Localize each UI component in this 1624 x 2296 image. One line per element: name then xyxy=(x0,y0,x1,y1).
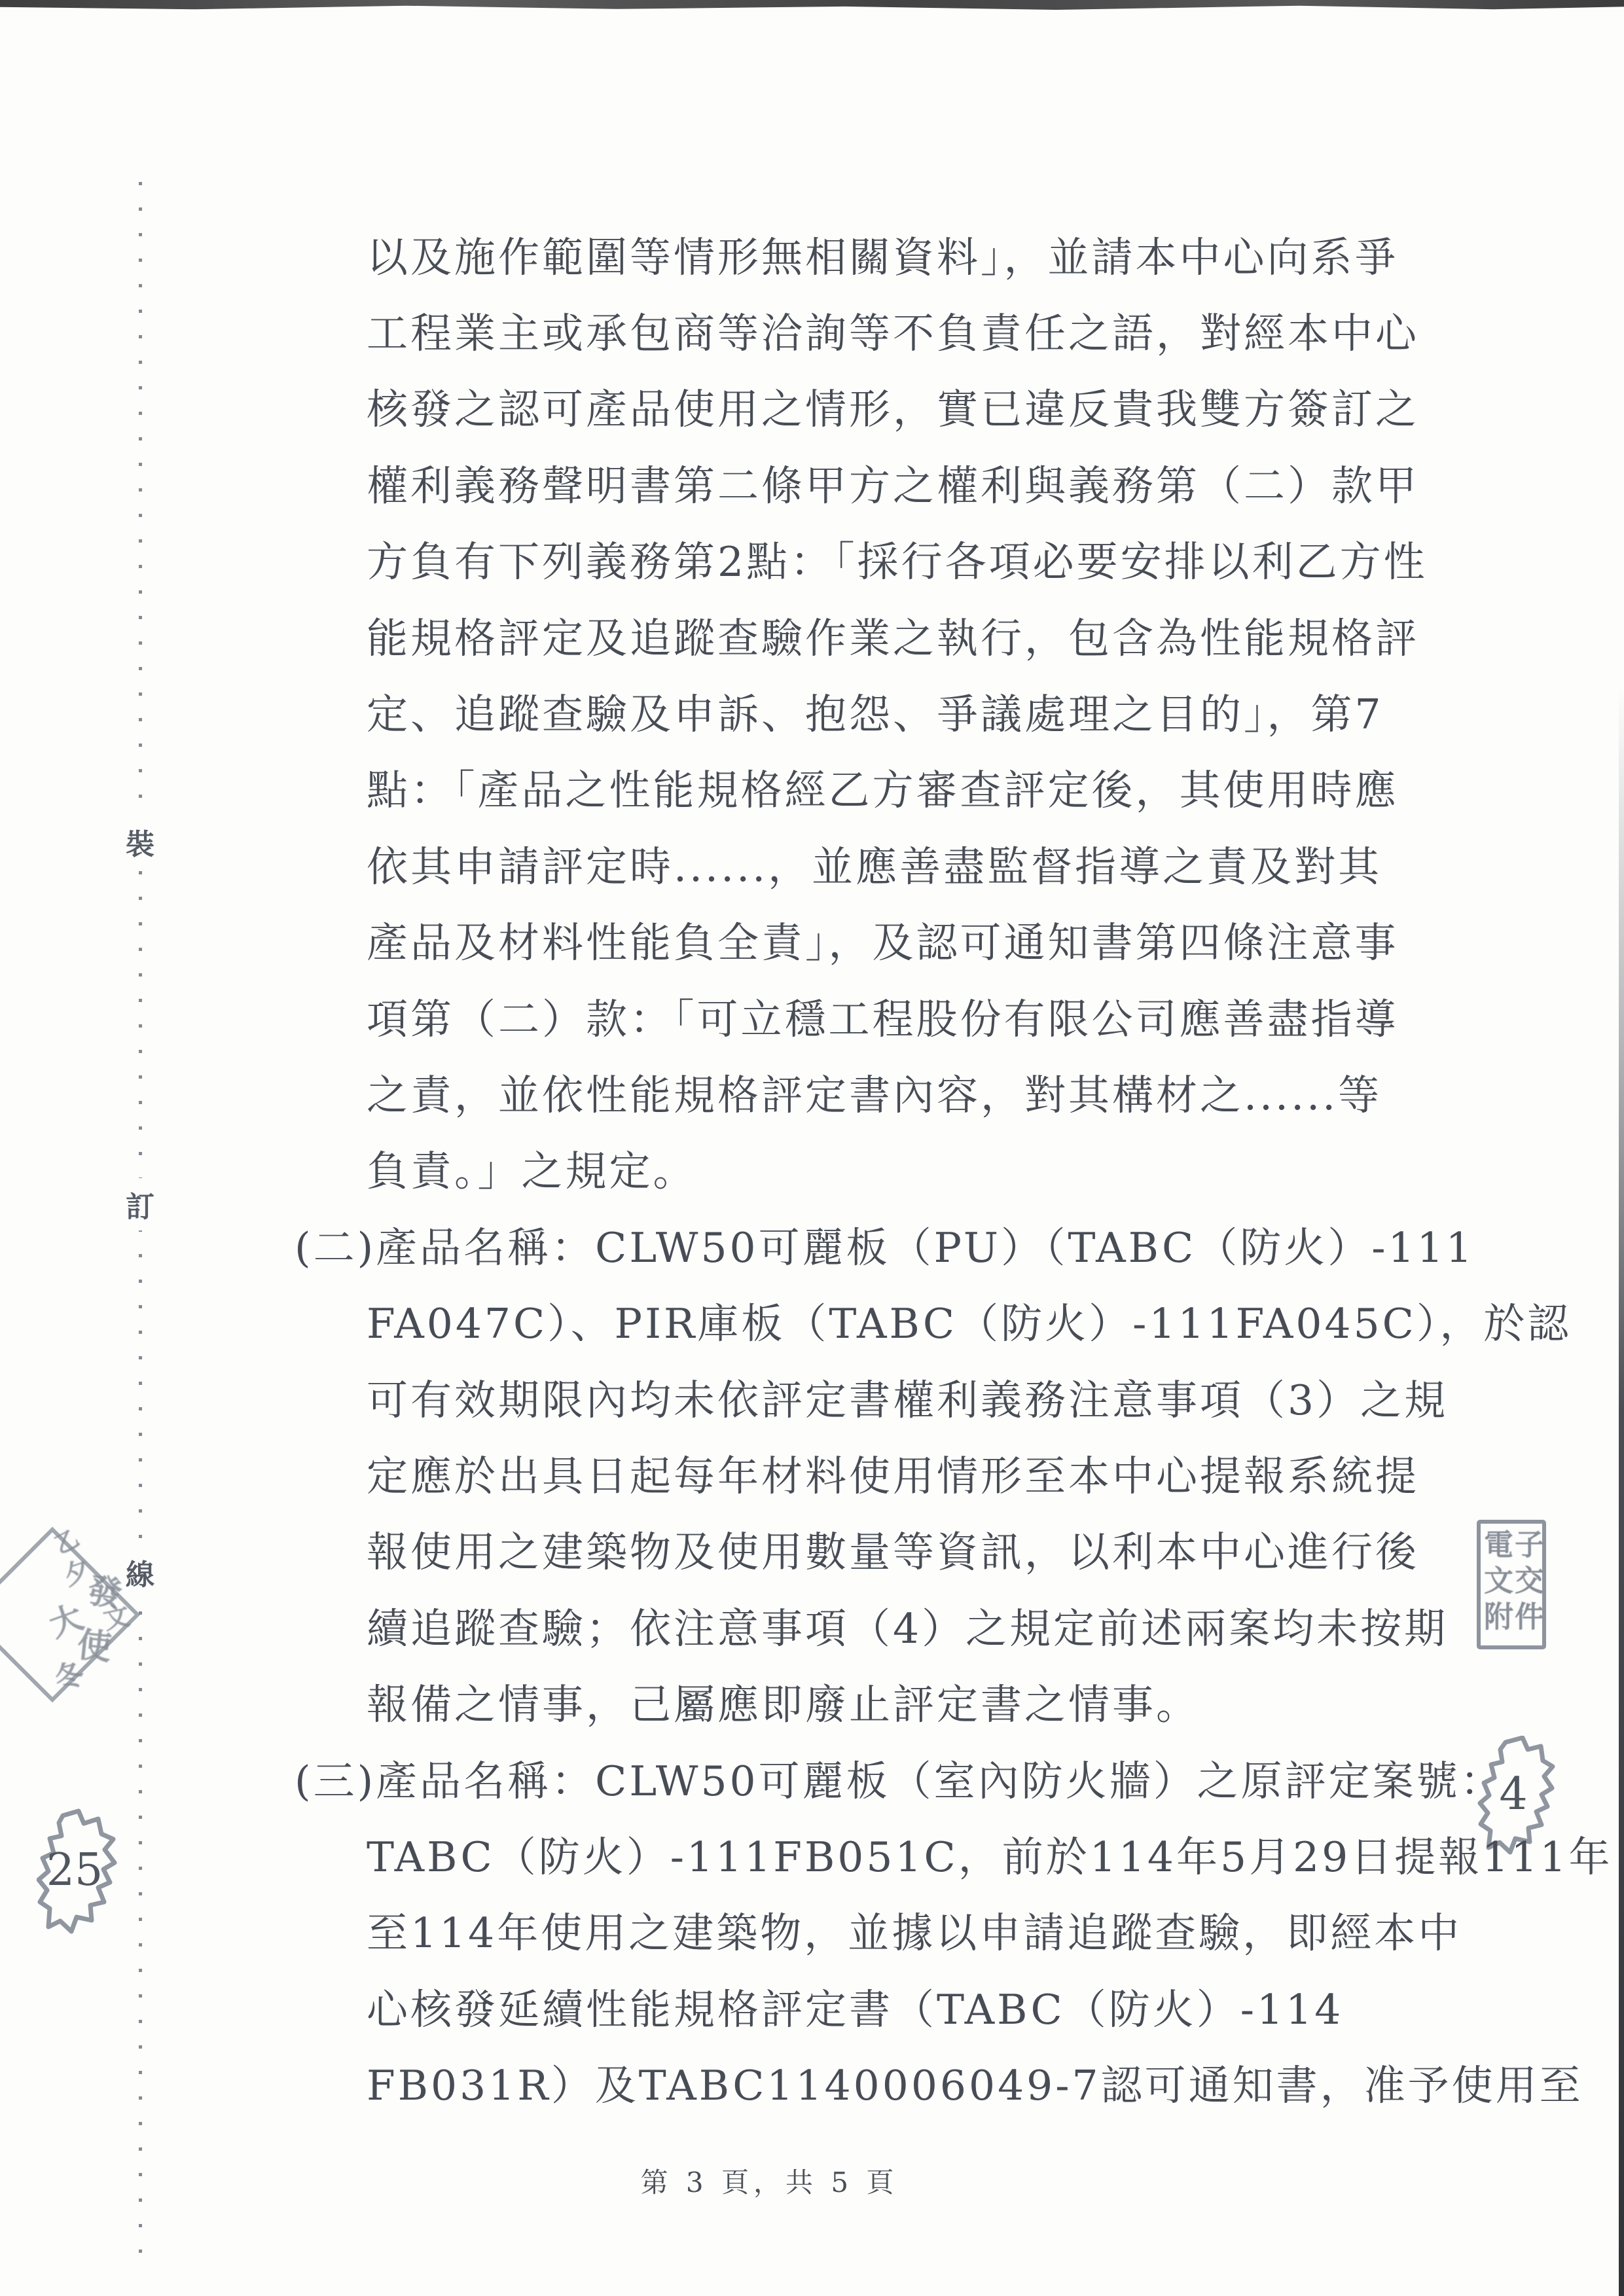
scan-top-edge-artifact xyxy=(0,0,1624,10)
text-line: 核發之認可產品使用之情形，實已違反貴我雙方簽訂之 xyxy=(0,368,1624,444)
scanned-document-page: 裝 訂 線 乙 夕 發 文 大 使 冬 25 電文附 子交件 4 以及施作範圍等… xyxy=(0,0,1624,2296)
text-line: TABC（防火）-111FB051C，前於114年5月29日提報111年 xyxy=(0,1816,1624,1892)
text-line: 方負有下列義務第2點：「採行各項必要安排以利乙方性 xyxy=(0,521,1624,597)
text-line: 可有效期限內均未依評定書權利義務注意事項（3）之規 xyxy=(0,1359,1624,1435)
text-line: 產品及材料性能負全責」，及認可通知書第四條注意事 xyxy=(0,902,1624,978)
text-line: FB031R）及TABC1140006049-7認可通知書，准予使用至 xyxy=(0,2044,1624,2120)
text-line: 以及施作範圍等情形無相關資料」，並請本中心向系爭 xyxy=(0,216,1624,292)
page-footer: 第 3 頁，共 5 頁 xyxy=(0,2161,1539,2200)
text-line: (二)產品名稱：CLW50可麗板（PU）（TABC（防火）-111 xyxy=(0,1206,1624,1282)
text-line: 負責。」之規定。 xyxy=(0,1130,1624,1206)
text-line: 權利義務聲明書第二條甲方之權利與義務第（二）款甲 xyxy=(0,444,1624,520)
text-line: 定應於出具日起每年材料使用情形至本中心提報系統提 xyxy=(0,1435,1624,1511)
text-line: 項第（二）款：「可立穩工程股份有限公司應善盡指導 xyxy=(0,978,1624,1054)
document-body: 以及施作範圍等情形無相關資料」，並請本中心向系爭工程業主或承包商等洽詢等不負責任… xyxy=(0,216,1624,2121)
text-line: 續追蹤查驗；依注意事項（4）之規定前述兩案均未按期 xyxy=(0,1587,1624,1663)
text-line: (三)產品名稱：CLW50可麗板（室內防火牆）之原評定案號： xyxy=(0,1740,1624,1816)
text-line: FA047C）、PIR庫板（TABC（防火）-111FA045C），於認 xyxy=(0,1282,1624,1358)
text-line: 點：「產品之性能規格經乙方審查評定後，其使用時應 xyxy=(0,749,1624,825)
text-line: 至114年使用之建築物，並據以申請追蹤查驗，即經本中 xyxy=(0,1892,1624,1968)
text-line: 報使用之建築物及使用數量等資訊，以利本中心進行後 xyxy=(0,1511,1624,1587)
text-line: 依其申請評定時......，並應善盡監督指導之責及對其 xyxy=(0,825,1624,901)
text-line: 定、追蹤查驗及申訴、抱怨、爭議處理之目的」，第7 xyxy=(0,673,1624,749)
text-line: 報備之情事，己屬應即廢止評定書之情事。 xyxy=(0,1663,1624,1739)
text-line: 心核發延續性能規格評定書（TABC（防火）-114 xyxy=(0,1968,1624,2044)
text-line: 能規格評定及追蹤查驗作業之執行，包含為性能規格評 xyxy=(0,597,1624,673)
text-line: 工程業主或承包商等洽詢等不負責任之語，對經本中心 xyxy=(0,292,1624,368)
text-line: 之責，並依性能規格評定書內容，對其構材之......等 xyxy=(0,1054,1624,1130)
